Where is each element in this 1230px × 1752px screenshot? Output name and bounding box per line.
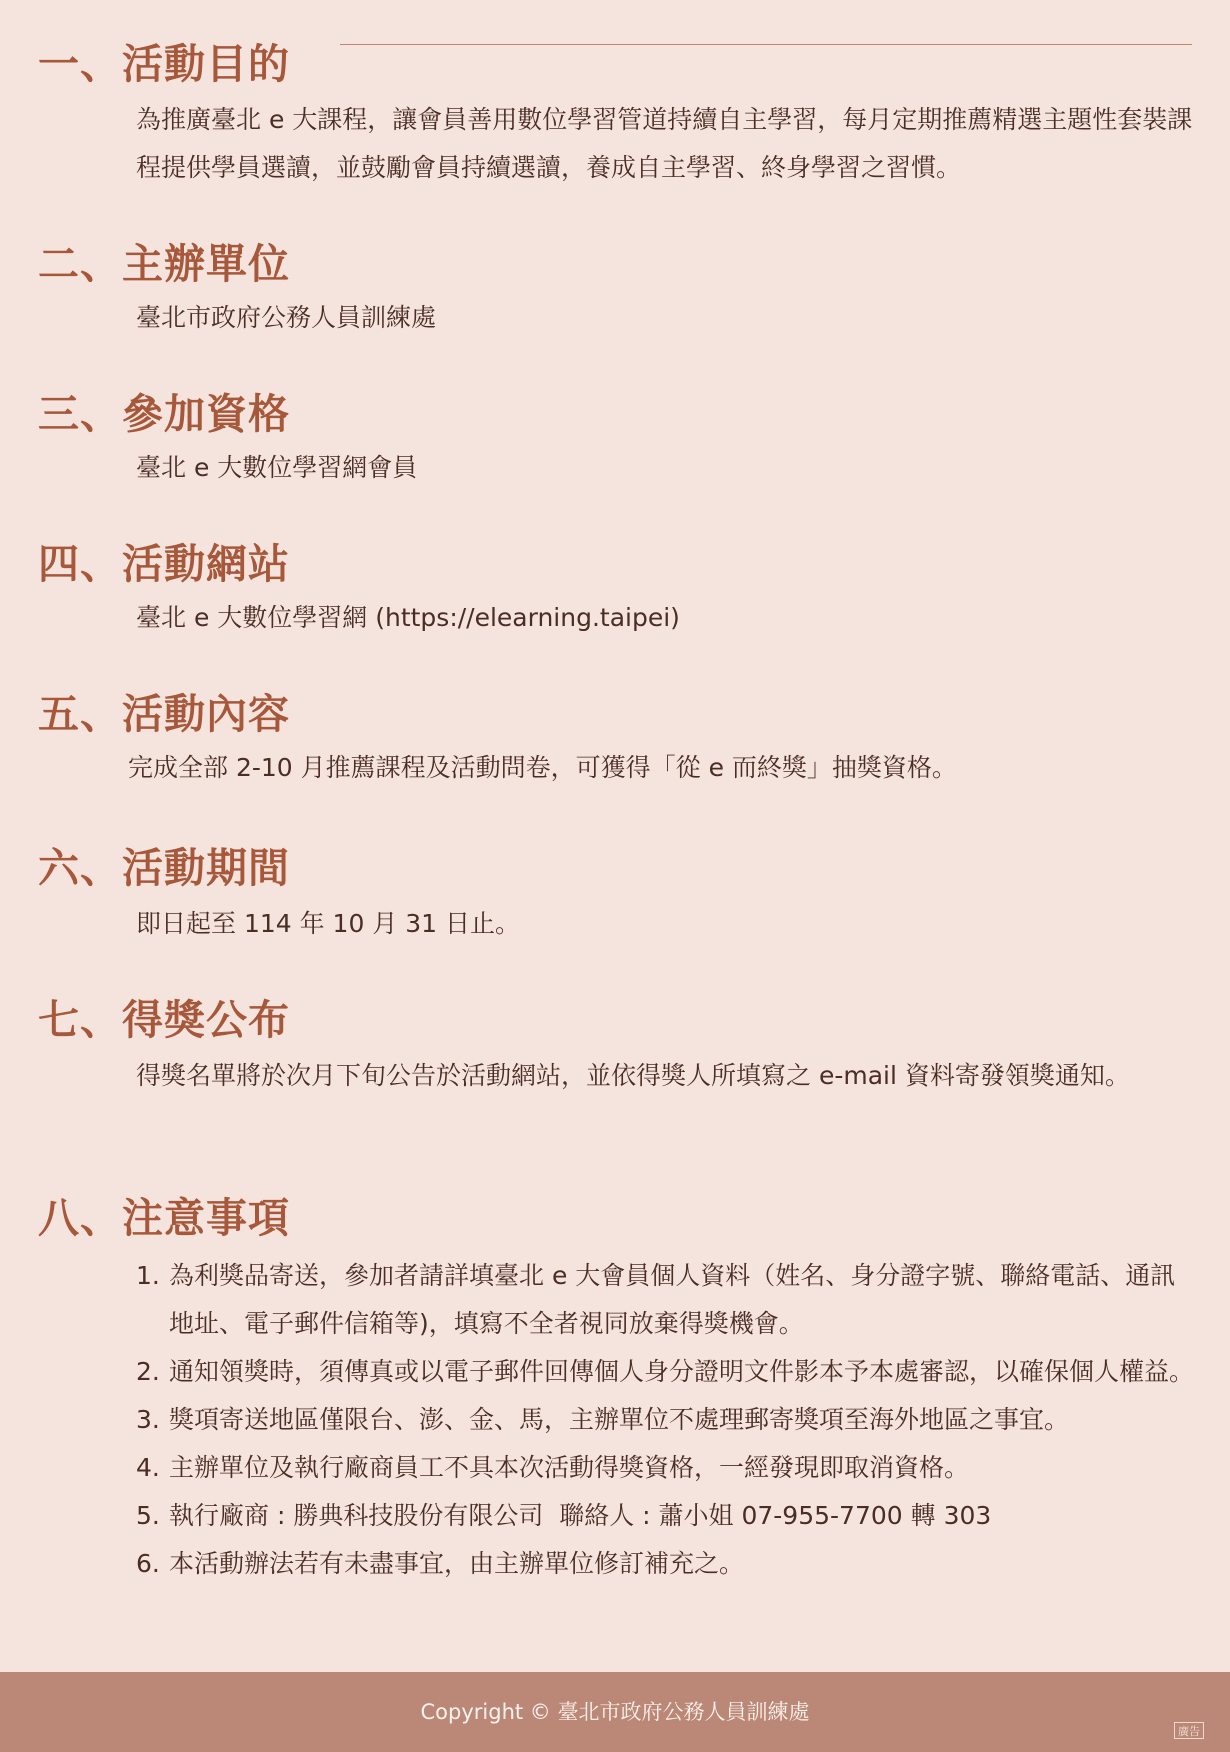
section-body: 臺北 e 大數位學習網會員: [136, 444, 1196, 492]
section-heading: 三、參加資格: [38, 386, 290, 442]
list-item-text: 通知領獎時，須傳真或以電子郵件回傳個人身分證明文件影本予本處審認，以確保個人權益…: [169, 1357, 1194, 1386]
section-heading: 六、活動期間: [38, 840, 290, 896]
section-heading: 一、活動目的: [38, 36, 290, 92]
section-heading: 二、主辦單位: [38, 236, 290, 292]
section-heading: 八、注意事項: [38, 1190, 290, 1246]
list-item-number: 6.: [136, 1540, 160, 1588]
list-item-number: 3.: [136, 1396, 160, 1444]
list-item-text: 獎項寄送地區僅限台、澎、金、馬，主辦單位不處理郵寄獎項至海外地區之事宜。: [169, 1405, 1069, 1434]
list-item-text: 主辦單位及執行廠商員工不具本次活動得獎資格，一經發現即取消資格。: [169, 1453, 969, 1482]
section-heading: 五、活動內容: [38, 686, 290, 742]
list-item-text: 為利獎品寄送，參加者請詳填臺北 e 大會員個人資料（姓名、身分證字號、聯絡電話、…: [169, 1261, 1175, 1338]
list-item: 3. 獎項寄送地區僅限台、澎、金、馬，主辦單位不處理郵寄獎項至海外地區之事宜。: [136, 1396, 1196, 1444]
section-heading: 四、活動網站: [38, 536, 290, 592]
section-body: 臺北市政府公務人員訓練處: [136, 294, 1196, 342]
list-item-number: 2.: [136, 1348, 160, 1396]
list-item: 6. 本活動辦法若有未盡事宜，由主辦單位修訂補充之。: [136, 1540, 1196, 1588]
footer-copyright: Copyright © 臺北市政府公務人員訓練處: [0, 1696, 1230, 1726]
section-body: 為推廣臺北 e 大課程，讓會員善用數位學習管道持續自主學習，每月定期推薦精選主題…: [136, 96, 1196, 192]
list-item: 4. 主辦單位及執行廠商員工不具本次活動得獎資格，一經發現即取消資格。: [136, 1444, 1196, 1492]
list-item-text: 執行廠商 : 勝典科技股份有限公司 聯絡人 : 蕭小姐 07-955-7700 …: [169, 1501, 991, 1530]
footer: Copyright © 臺北市政府公務人員訓練處 廣告: [0, 1672, 1230, 1752]
list-item-number: 1.: [136, 1252, 160, 1300]
notes-list: 1. 為利獎品寄送，參加者請詳填臺北 e 大會員個人資料（姓名、身分證字號、聯絡…: [136, 1252, 1196, 1588]
list-item-number: 4.: [136, 1444, 160, 1492]
heading-divider-line: [340, 44, 1192, 45]
ad-badge[interactable]: 廣告: [1174, 1722, 1204, 1739]
section-body: 即日起至 114 年 10 月 31 日止。: [136, 900, 1196, 948]
list-item: 1. 為利獎品寄送，參加者請詳填臺北 e 大會員個人資料（姓名、身分證字號、聯絡…: [136, 1252, 1196, 1348]
section-body-website-link[interactable]: 臺北 e 大數位學習網 (https://elearning.taipei): [136, 594, 1196, 642]
list-item: 2. 通知領獎時，須傳真或以電子郵件回傳個人身分證明文件影本予本處審認，以確保個…: [136, 1348, 1196, 1396]
list-item-number: 5.: [136, 1492, 160, 1540]
list-item: 5. 執行廠商 : 勝典科技股份有限公司 聯絡人 : 蕭小姐 07-955-77…: [136, 1492, 1196, 1540]
section-heading: 七、得獎公布: [38, 992, 290, 1048]
list-item-text: 本活動辦法若有未盡事宜，由主辦單位修訂補充之。: [169, 1549, 744, 1578]
section-body: 完成全部 2-10 月推薦課程及活動問卷，可獲得「從 e 而終獎」抽獎資格。: [128, 744, 1188, 792]
section-body: 得獎名單將於次月下旬公告於活動網站，並依得獎人所填寫之 e-mail 資料寄發領…: [136, 1052, 1196, 1100]
